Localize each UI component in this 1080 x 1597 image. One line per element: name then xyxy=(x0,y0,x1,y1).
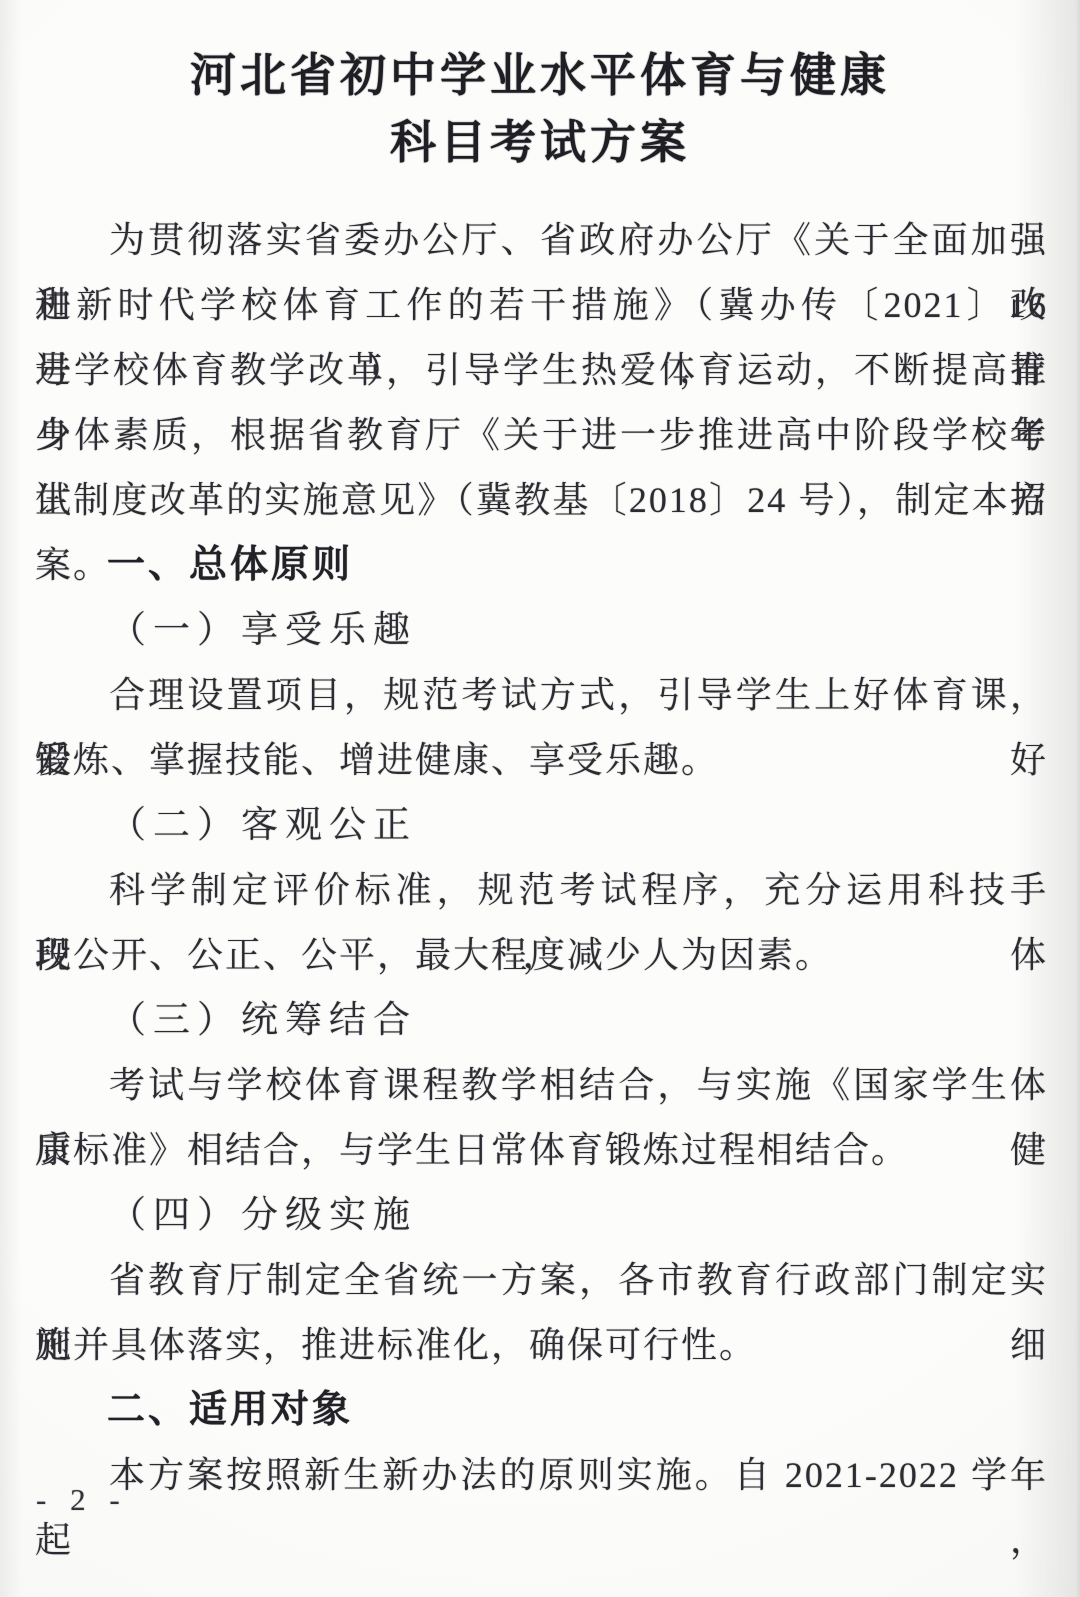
subsection-heading-4: （四）分级实施 xyxy=(35,1183,1048,1248)
paragraph-line: 科学制定评价标准，规范考试程序，充分运用科技手段，体 xyxy=(35,858,1048,923)
subsection-heading-2: （二）客观公正 xyxy=(35,793,1048,858)
document-title-line-2: 科目考试方案 xyxy=(0,109,1080,176)
section-heading-1: 一、总体原则 xyxy=(35,533,1048,598)
paragraph-line: 合理设置项目，规范考试方式，引导学生上好体育课，爱好 xyxy=(35,663,1048,728)
subsection-heading-1: （一）享受乐趣 xyxy=(35,598,1048,663)
paragraph-line: 本方案按照新生新办法的原则实施。自 2021-2022 学年起， xyxy=(35,1443,1048,1508)
paragraph-line: 康标准》相结合，与学生日常体育锻炼过程相结合。 xyxy=(35,1118,1048,1183)
document-title: 河北省初中学业水平体育与健康 科目考试方案 xyxy=(0,0,1080,176)
paragraph-line: 进学校体育教学改革，引导学生热爱体育运动，不断提高青少年 xyxy=(35,338,1048,403)
subsection-heading-3: （三）统筹结合 xyxy=(35,988,1048,1053)
document-body: 为贯彻落实省委办公厅、省政府办公厅《关于全面加强和改 进新时代学校体育工作的若干… xyxy=(0,208,1080,1508)
document-page: 河北省初中学业水平体育与健康 科目考试方案 为贯彻落实省委办公厅、省政府办公厅《… xyxy=(0,0,1080,1597)
paragraph-line: 身体素质，根据省教育厅《关于进一步推进高中阶段学校考试招 xyxy=(35,403,1048,468)
paragraph-line: 考试与学校体育课程教学相结合，与实施《国家学生体质健 xyxy=(35,1053,1048,1118)
paragraph-line: 省教育厅制定全省统一方案，各市教育行政部门制定实施细 xyxy=(35,1248,1048,1313)
paragraph-line: 生制度改革的实施意见》（冀教基〔2018〕24 号），制定本方案。 xyxy=(35,468,1048,533)
paragraph-line: 为贯彻落实省委办公厅、省政府办公厅《关于全面加强和改 xyxy=(35,208,1048,273)
document-title-line-1: 河北省初中学业水平体育与健康 xyxy=(0,42,1080,109)
paragraph-line: 进新时代学校体育工作的若干措施》（冀办传〔2021〕16 号），推 xyxy=(35,273,1048,338)
section-heading-2: 二、适用对象 xyxy=(35,1378,1048,1443)
page-number: - 2 - xyxy=(36,1482,128,1518)
